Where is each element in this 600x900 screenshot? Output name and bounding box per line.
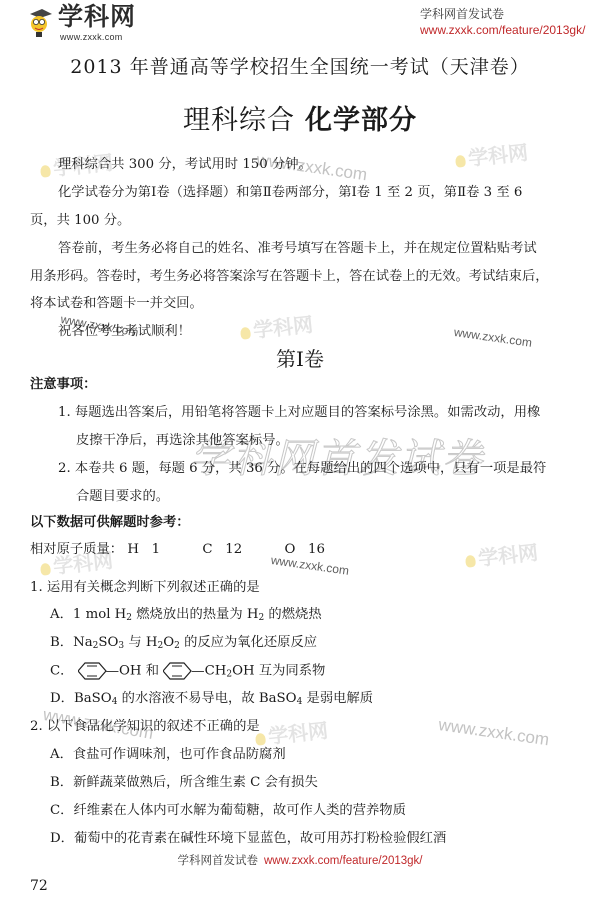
mascot-graduation-cap-icon	[28, 8, 52, 38]
logo-text: 学科网	[58, 2, 136, 32]
intro-line-4: 答卷前，考生务必将自己的姓名、准考号填写在答题卡上，并在规定位置粘贴考试	[58, 239, 537, 259]
intro-line-5: 用条形码。答卷时，考生务必将答案涂写在答题卡上，答在试卷上的无效。考试结束后，	[30, 267, 549, 287]
question-2-stem: 2. 以下食品化学知识的叙述不正确的是	[30, 717, 260, 737]
notice-item-1: 1. 每题选出答案后，用铅笔将答题卡上对应题目的答案标号涂黑。如需改动，用橡	[58, 403, 540, 423]
bulb-icon	[465, 554, 476, 567]
benzene-ring-icon	[78, 661, 108, 681]
notice-item-1-cont: 皮擦干净后，再选涂其他答案标号。	[76, 431, 289, 451]
page-number: 72	[30, 878, 48, 894]
watermark-logo: 学科网	[454, 136, 530, 172]
header-right-link[interactable]: www.zxxk.com/feature/2013gk/	[420, 22, 585, 38]
notice-heading: 注意事项：	[30, 375, 96, 395]
bulb-icon	[240, 326, 251, 339]
intro-line-3: 页，共 100 分。	[30, 211, 130, 231]
header-right-title: 学科网首发试卷	[420, 6, 585, 22]
notice-item-2-cont: 合题目要求的。	[76, 487, 169, 507]
logo-url: www.zxxk.com	[60, 32, 123, 42]
question-2-option-a: A．食盐可作调味剂，也可作食品防腐剂	[50, 745, 286, 765]
watermark-url: www.zxxk.com	[437, 715, 550, 750]
reference-heading: 以下数据可供解题时参考：	[30, 513, 190, 533]
intro-line-6: 将本试卷和答题卡一并交回。	[30, 294, 203, 314]
intro-line-7: 祝各位考生考试顺利！	[58, 322, 191, 342]
footer-title: 学科网首发试卷	[177, 855, 258, 867]
exam-subtitle: 理科综合化学部分	[0, 98, 600, 137]
zxxk-logo: 学科网 www.zxxk.com	[28, 2, 138, 46]
question-2-option-b: B．新鲜蔬菜做熟后，所含维生素 C 会有损失	[50, 773, 318, 793]
intro-line-1: 理科综合共 300 分，考试用时 150 分钟。	[58, 155, 312, 175]
question-2-option-d: D．葡萄中的花青素在碱性环境下显蓝色，故可用苏打粉检验假红酒	[50, 829, 446, 849]
question-1-stem: 1. 运用有关概念判断下列叙述正确的是	[30, 578, 260, 598]
notice-item-2: 2. 本卷共 6 题，每题 6 分，共 36 分。在每题给出的四个选项中，只有一…	[58, 459, 546, 479]
question-1-option-b: B．Na2SO3 与 H2O2 的反应为氧化还原反应	[50, 633, 317, 653]
question-1-option-d: D．BaSO4 的水溶液不易导电，故 BaSO4 是弱电解质	[50, 689, 373, 709]
header-right: 学科网首发试卷 www.zxxk.com/feature/2013gk/	[420, 6, 585, 38]
question-1-option-a: A．1 mol H2 燃烧放出的热量为 H2 的燃烧热	[50, 605, 322, 625]
footer: 学科网首发试卷www.zxxk.com/feature/2013gk/	[0, 852, 600, 868]
footer-link[interactable]: www.zxxk.com/feature/2013gk/	[264, 855, 423, 867]
question-2-option-c: C．纤维素在人体内可水解为葡萄糖，故可作人类的营养物质	[50, 801, 406, 821]
benzene-ring-icon	[163, 661, 193, 681]
section-title: 第Ⅰ卷	[0, 343, 600, 372]
subtitle-right: 化学部分	[305, 105, 417, 136]
question-1-option-c: C． —OH 和 —CH2OH 互为同系物	[50, 661, 325, 682]
watermark-logo: 学科网	[239, 308, 315, 344]
exam-title: 2013 年普通高等学校招生全国统一考试（天津卷）	[0, 52, 600, 79]
atomic-masses: 相对原子质量： H 1 C 12 O 16	[30, 540, 325, 560]
intro-line-2: 化学试卷分为第Ⅰ卷（选择题）和第Ⅱ卷两部分，第Ⅰ卷 1 至 2 页，第Ⅱ卷 3 …	[58, 183, 522, 203]
watermark-logo: 学科网	[464, 536, 540, 572]
bulb-icon	[40, 562, 51, 575]
bulb-icon	[40, 164, 51, 177]
bulb-icon	[455, 154, 466, 167]
subtitle-left: 理科综合	[183, 105, 295, 136]
